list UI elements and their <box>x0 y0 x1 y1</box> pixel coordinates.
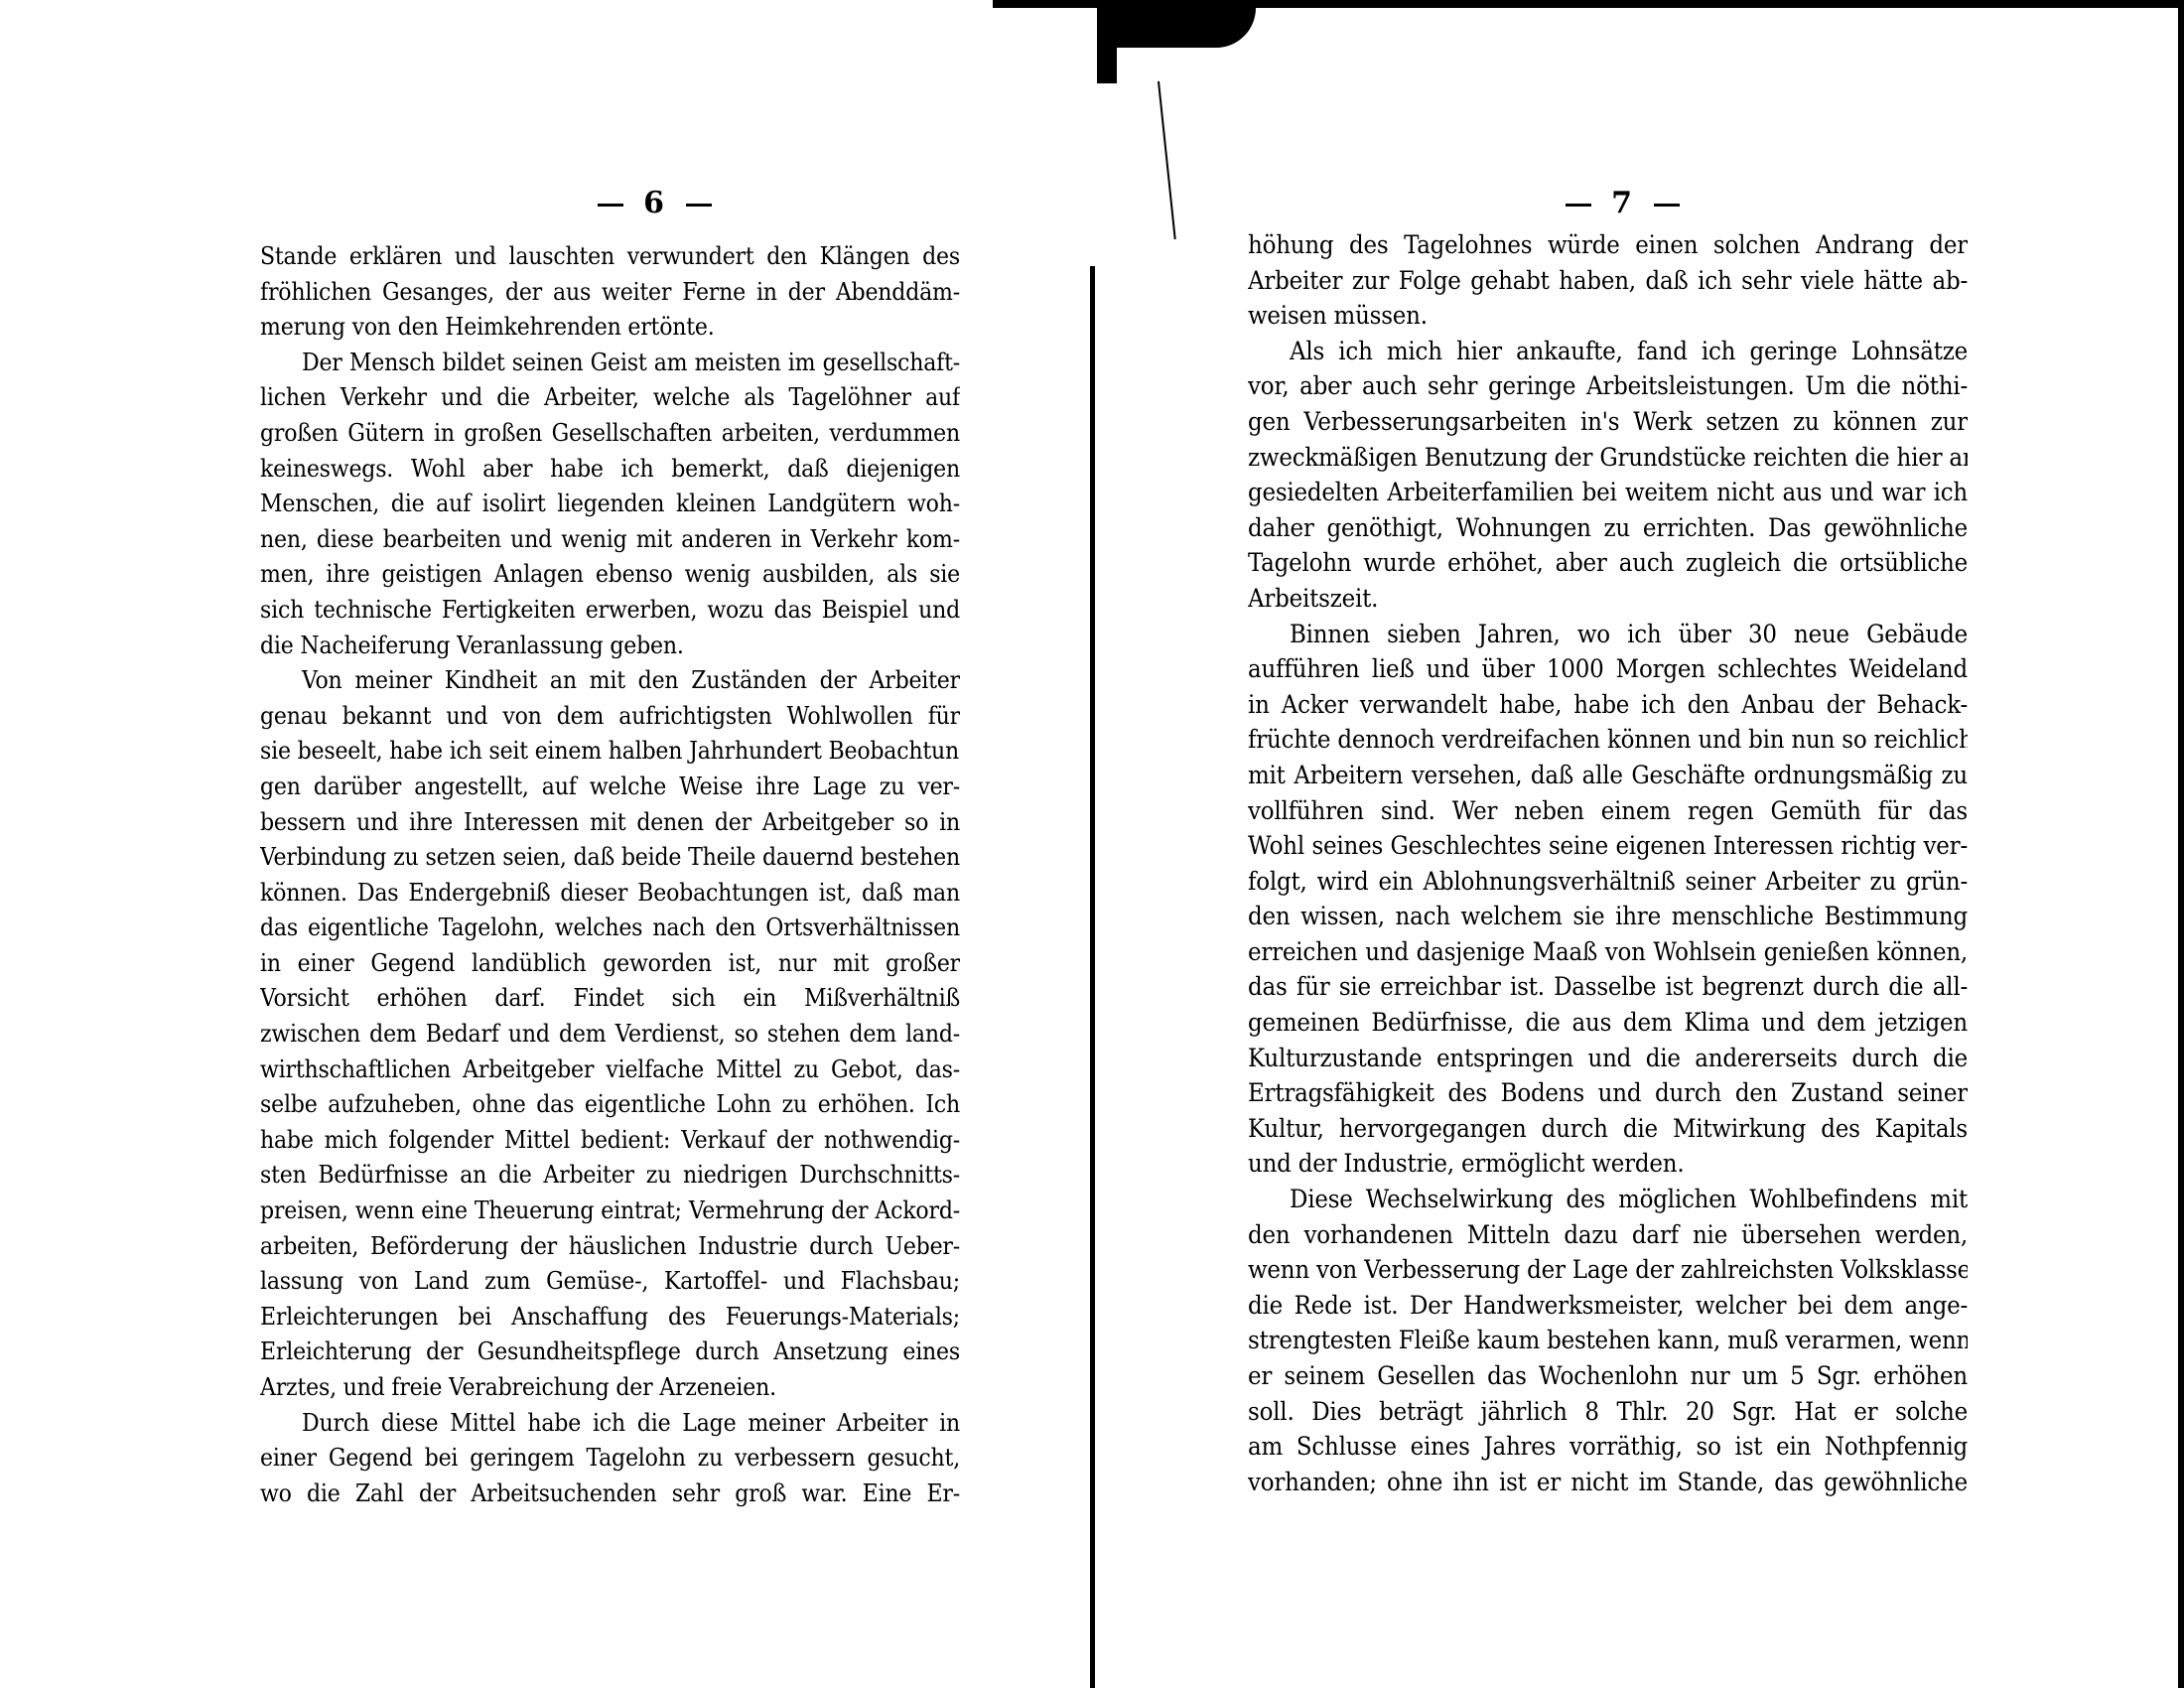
text-line: können. Das Endergebniß dieser Beobachtu… <box>260 875 960 911</box>
text-line: sten Bedürfnisse an die Arbeiter zu nied… <box>260 1157 960 1193</box>
text-line: fröhlichen Gesanges, der aus weiter Fern… <box>260 274 960 310</box>
text-line: er seinem Gesellen das Wochenlohn nur um… <box>1248 1359 1968 1395</box>
text-line: Menschen, die auf isolirt liegenden klei… <box>260 486 960 521</box>
text-line: merung von den Heimkehrenden ertönte. <box>260 309 960 345</box>
scan-binding-shadow <box>1097 0 1256 48</box>
text-line: vollführen sind. Wer neben einem regen G… <box>1248 794 1968 830</box>
text-line: arbeiten, Beförderung der häuslichen Ind… <box>260 1228 960 1264</box>
text-line: gesiedelten Arbeiterfamilien bei weitem … <box>1248 476 1968 511</box>
text-line: großen Gütern in großen Gesellschaften a… <box>260 415 960 451</box>
text-line: Verbindung zu setzen seien, daß beide Th… <box>260 839 960 875</box>
text-line: den vorhandenen Mitteln dazu darf nie üb… <box>1248 1218 1968 1254</box>
text-line: wenn von Verbesserung der Lage der zahlr… <box>1248 1253 1968 1289</box>
left-page: 6 Stande erklären und lauschten verwunde… <box>260 179 960 1510</box>
text-line: in Acker verwandelt habe, habe ich den A… <box>1248 688 1968 724</box>
text-line: das eigentliche Tagelohn, welches nach d… <box>260 910 960 945</box>
text-line: sich technische Fertigkeiten erwerben, w… <box>260 592 960 628</box>
text-line: soll. Dies beträgt jährlich 8 Thlr. 20 S… <box>1248 1395 1968 1431</box>
text-line: Kultur, hervorgegangen durch die Mitwirk… <box>1248 1112 1968 1148</box>
text-line: Tagelohn wurde erhöhet, aber auch zuglei… <box>1248 546 1968 582</box>
text-line: die Nacheiferung Veranlassung geben. <box>260 628 960 663</box>
text-line: Erleichterung der Gesundheitspflege durc… <box>260 1334 960 1369</box>
right-page: 7 höhung des Tagelohnes würde einen solc… <box>1248 179 1968 1500</box>
scan-binding-shadow-drip <box>1097 0 1117 83</box>
text-line: den wissen, nach welchem sie ihre mensch… <box>1248 900 1968 935</box>
text-line: zwischen dem Bedarf und dem Verdienst, s… <box>260 1016 960 1052</box>
text-line: Arztes, und freie Verabreichung der Arze… <box>260 1369 960 1405</box>
text-line: Vorsicht erhöhen darf. Findet sich ein M… <box>260 980 960 1016</box>
text-line: Diese Wechselwirkung des möglichen Wohlb… <box>1248 1183 1968 1218</box>
text-line: habe mich folgender Mittel bedient: Verk… <box>260 1122 960 1158</box>
text-line: wirthschaftlichen Arbeitgeber vielfache … <box>260 1052 960 1087</box>
text-line: preisen, wenn eine Theuerung eintrat; Ve… <box>260 1193 960 1228</box>
text-line: Von meiner Kindheit an mit den Zuständen… <box>260 662 960 698</box>
text-line: gemeinen Bedürfnisse, die aus dem Klima … <box>1248 1006 1968 1042</box>
text-line: Arbeiter zur Folge gehabt haben, daß ich… <box>1248 264 1968 300</box>
scan-right-edge-shadow <box>2178 0 2184 1688</box>
text-line: sie beseelt, habe ich seit einem halben … <box>260 733 960 769</box>
text-line: mit Arbeitern versehen, daß alle Geschäf… <box>1248 759 1968 794</box>
text-line: Der Mensch bildet seinen Geist am meiste… <box>260 345 960 380</box>
text-line: und der Industrie, ermöglicht werden. <box>1248 1147 1968 1183</box>
page-crease-line <box>1158 81 1176 239</box>
text-line: die Rede ist. Der Handwerksmeister, welc… <box>1248 1289 1968 1325</box>
right-page-body: höhung des Tagelohnes würde einen solche… <box>1248 228 1968 1500</box>
text-line: keineswegs. Wohl aber habe ich bemerkt, … <box>260 451 960 487</box>
text-line: in einer Gegend landüblich geworden ist,… <box>260 945 960 981</box>
text-line: genau bekannt und von dem aufrichtigsten… <box>260 698 960 734</box>
page-number-dash <box>686 204 712 207</box>
text-line: Arbeitszeit. <box>1248 582 1968 618</box>
book-spine-gutter <box>1090 266 1095 1688</box>
text-line: einer Gegend bei geringem Tagelohn zu ve… <box>260 1440 960 1476</box>
text-line: daher genöthigt, Wohnungen zu errichten.… <box>1248 511 1968 547</box>
text-line: Ertragsfähigkeit des Bodens und durch de… <box>1248 1076 1968 1112</box>
text-line: Binnen sieben Jahren, wo ich über 30 neu… <box>1248 618 1968 653</box>
text-line: lassung von Land zum Gemüse-, Kartoffel-… <box>260 1263 960 1299</box>
text-line: Kulturzustande entspringen und die ander… <box>1248 1042 1968 1077</box>
text-line: bessern und ihre Interessen mit denen de… <box>260 804 960 840</box>
text-line: lichen Verkehr und die Arbeiter, welche … <box>260 379 960 415</box>
text-line: Stande erklären und lauschten verwundert… <box>260 238 960 274</box>
page-number-left: 6 <box>260 179 960 238</box>
text-line: Erleichterungen bei Anschaffung des Feue… <box>260 1299 960 1335</box>
left-page-body: Stande erklären und lauschten verwundert… <box>260 238 960 1510</box>
page-number-dash <box>1654 204 1680 207</box>
page-number-text: 7 <box>1611 186 1634 220</box>
text-line: früchte dennoch verdreifachen können und… <box>1248 723 1968 759</box>
text-line: das für sie erreichbar ist. Dasselbe ist… <box>1248 970 1968 1006</box>
text-line: gen Verbesserungsarbeiten in's Werk setz… <box>1248 405 1968 441</box>
text-line: zweckmäßigen Benutzung der Grundstücke r… <box>1248 441 1968 477</box>
text-line: am Schlusse eines Jahres vorräthig, so i… <box>1248 1430 1968 1466</box>
page-number-right: 7 <box>1248 179 1968 228</box>
text-line: weisen müssen. <box>1248 299 1968 335</box>
text-line: wo die Zahl der Arbeitsuchenden sehr gro… <box>260 1476 960 1511</box>
text-line: folgt, wird ein Ablohnungsverhältniß sei… <box>1248 865 1968 901</box>
text-line: Durch diese Mittel habe ich die Lage mei… <box>260 1405 960 1441</box>
text-line: gen darüber angestellt, auf welche Weise… <box>260 769 960 804</box>
page-number-text: 6 <box>643 186 666 220</box>
text-line: Wohl seines Geschlechtes seine eigenen I… <box>1248 829 1968 865</box>
text-line: strengtesten Fleiße kaum bestehen kann, … <box>1248 1324 1968 1359</box>
text-line: aufführen ließ und über 1000 Morgen schl… <box>1248 652 1968 688</box>
text-line: höhung des Tagelohnes würde einen solche… <box>1248 228 1968 264</box>
text-line: vor, aber auch sehr geringe Arbeitsleist… <box>1248 369 1968 405</box>
text-line: vorhanden; ohne ihn ist er nicht im Stan… <box>1248 1466 1968 1501</box>
text-line: erreichen und dasjenige Maaß von Wohlsei… <box>1248 935 1968 971</box>
text-line: selbe aufzuheben, ohne das eigentliche L… <box>260 1086 960 1122</box>
page-number-dash <box>598 204 623 207</box>
text-line: Als ich mich hier ankaufte, fand ich ger… <box>1248 335 1968 370</box>
text-line: men, ihre geistigen Anlagen ebenso wenig… <box>260 556 960 592</box>
text-line: nen, diese bearbeiten und wenig mit ande… <box>260 521 960 557</box>
page-number-dash <box>1566 204 1591 207</box>
